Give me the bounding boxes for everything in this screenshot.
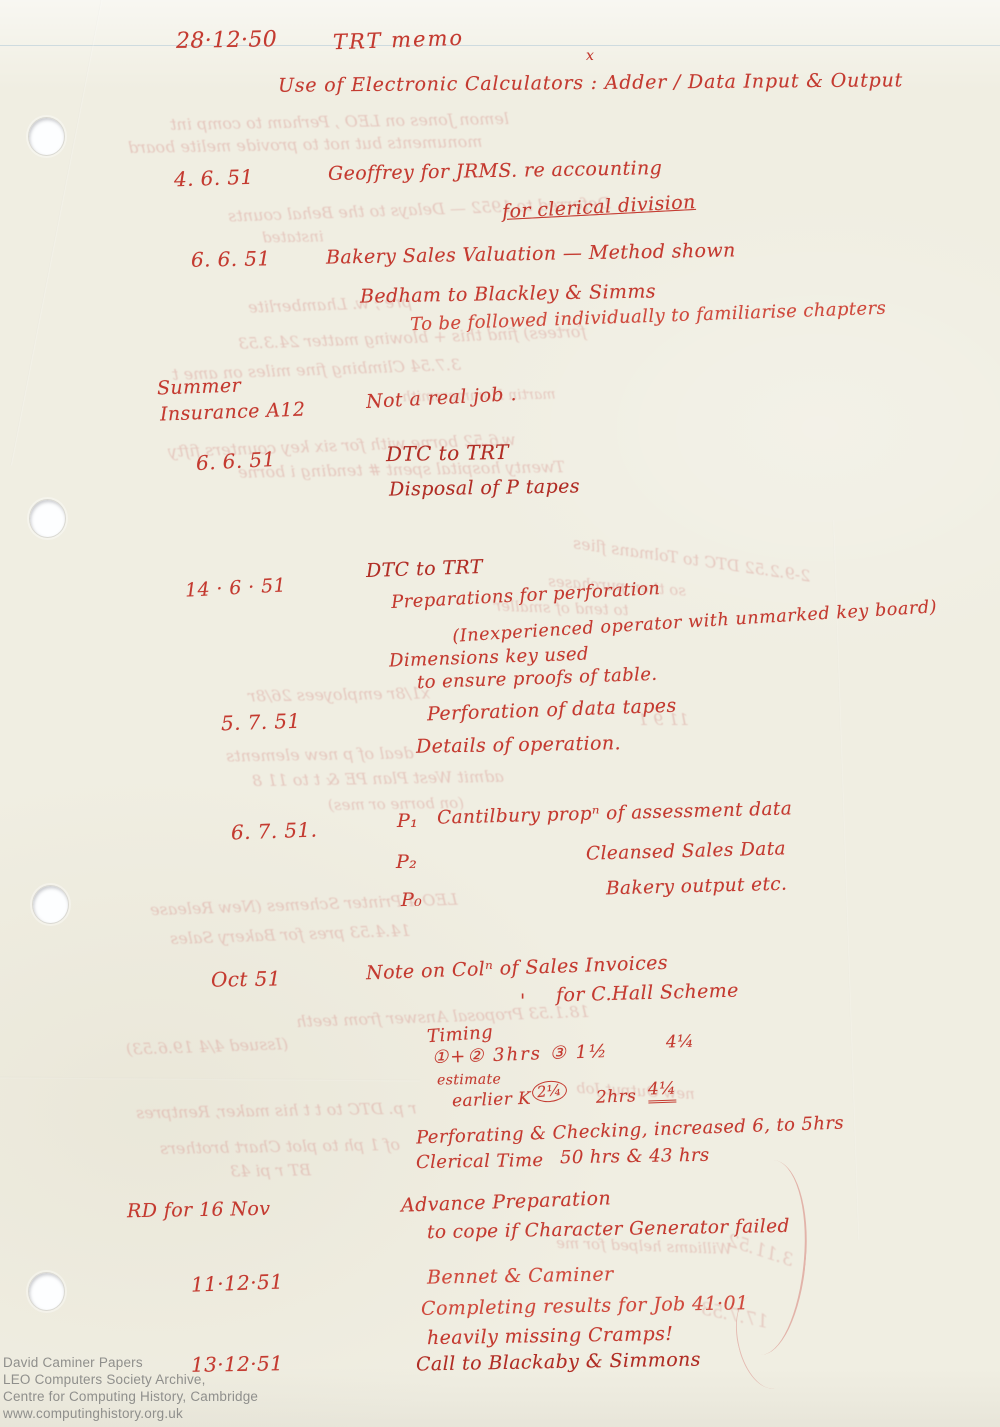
entry-text: heavily missing Cramps!	[427, 1323, 674, 1349]
entry-text: Clerical Time	[416, 1150, 544, 1173]
bleedthrough-line: deal of p new elements	[226, 743, 414, 765]
estimate-label: estimate	[437, 1071, 502, 1088]
p0-label: P₀	[401, 889, 422, 911]
entry-text: 50 hrs & 43 hrs	[560, 1145, 710, 1169]
margin-label: Summer	[157, 375, 242, 400]
punch-hole	[28, 1272, 65, 1311]
entry-text: Bennet & Caminer	[427, 1263, 614, 1288]
timing-value: 4¼	[666, 1032, 695, 1053]
entry-text: Perforating & Checking, increased 6, to …	[416, 1113, 844, 1149]
bleedthrough-line: lemon Jones on LEO , Perham to comp int	[170, 109, 509, 134]
punch-hole	[28, 117, 65, 156]
estimate-prefix: earlier K	[452, 1089, 532, 1112]
entry-date: 6. 7. 51.	[231, 818, 318, 845]
entry-date: 6. 6. 51	[191, 246, 271, 271]
entry-text: TRT memo	[333, 26, 465, 55]
entry-date: 28·12·50	[176, 27, 278, 54]
entry-text: Advance Preparation	[401, 1187, 612, 1216]
bleedthrough-line: monuments but not to provide melite boar…	[128, 132, 483, 157]
entry-date: 4. 6. 51	[174, 165, 254, 192]
p2-label: P₂	[396, 851, 417, 873]
watermark-line: www.computinghistory.org.uk	[3, 1405, 258, 1422]
document-page: 28·12·50 TRT memo x Use of Electronic Ca…	[0, 0, 1000, 1427]
entry-text: Disposal of P tapes	[389, 475, 580, 500]
p1-label: P₁	[397, 810, 418, 832]
bleedthrough-line: instated	[262, 227, 324, 246]
bleedthrough-line: BT r pi 43	[230, 1160, 311, 1180]
bleedthrough-line: 14.4.53 pres for Bakery Sales	[170, 921, 411, 948]
entry-date: 11·12·51	[191, 1269, 284, 1296]
entry-text: DTC to TRT	[366, 556, 484, 582]
bleedthrough-line: r p. DTC to t t his maker, Rentpres	[136, 1099, 417, 1123]
entry-text: Cantilbury propⁿ of assessment data	[437, 798, 793, 828]
bleedthrough-line: x1/8r employees 26/8r	[248, 683, 430, 705]
entry-text: Use of Electronic Calculators : Adder / …	[278, 69, 903, 96]
entry-text: for C.Hall Scheme	[556, 980, 739, 1007]
ruled-line	[0, 45, 1000, 46]
entry-text: Cleansed Sales Data	[586, 838, 786, 864]
ditto-mark: '	[520, 990, 526, 1012]
watermark-line: Centre for Computing History, Cambridge	[3, 1388, 258, 1405]
circled-value: 2¼	[531, 1079, 568, 1104]
entry-text: Bedham to Blackley & Simms	[360, 280, 656, 307]
entry-text: Not a real job .	[366, 383, 518, 413]
bleedthrough-line: (Issued 4/4 19.6.53)	[126, 1034, 289, 1059]
entry-date: 14 · 6 · 51	[184, 574, 286, 601]
timing-label: Timing	[426, 1022, 493, 1048]
entry-text: Geoffrey for JRMS. re accounting	[328, 157, 663, 185]
punch-hole	[32, 885, 69, 924]
entry-text: Details of operation.	[416, 732, 621, 758]
entry-text: Call to Blackaby & Simmons	[416, 1349, 701, 1376]
watermark-line: LEO Computers Society Archive,	[3, 1371, 258, 1388]
entry-text: Note on Colⁿ of Sales Invoices	[366, 952, 669, 985]
entry-date: 5. 7. 51	[221, 709, 301, 736]
punch-hole	[29, 499, 66, 538]
margin-label: Insurance A12	[160, 398, 306, 425]
insert-caret: x	[586, 48, 594, 64]
watermark-line: David Caminer Papers	[3, 1354, 258, 1371]
entry-date: 6. 6. 51	[195, 447, 276, 475]
entry-text: Bakery Sales Valuation — Method shown	[326, 239, 736, 268]
bleedthrough-line: of 1 ph to plot Chart brothers	[160, 1135, 400, 1158]
estimate-mid: 2hrs	[596, 1086, 637, 1107]
entry-text: Bakery output etc.	[606, 874, 788, 900]
entry-text: DTC to TRT	[386, 440, 509, 466]
watermark: David Caminer Papers LEO Computers Socie…	[3, 1354, 258, 1422]
entry-date: RD for 16 Nov	[127, 1198, 271, 1222]
estimate-circled-value: 2¼	[532, 1081, 567, 1102]
paper-crease	[0, 1077, 420, 1082]
paper-crease	[10, 0, 107, 466]
entry-date: Oct 51	[211, 966, 281, 991]
estimate-value: 4¼	[648, 1079, 677, 1104]
bleedthrough-line: admit West Plan PE & t to 11 8	[252, 767, 504, 790]
